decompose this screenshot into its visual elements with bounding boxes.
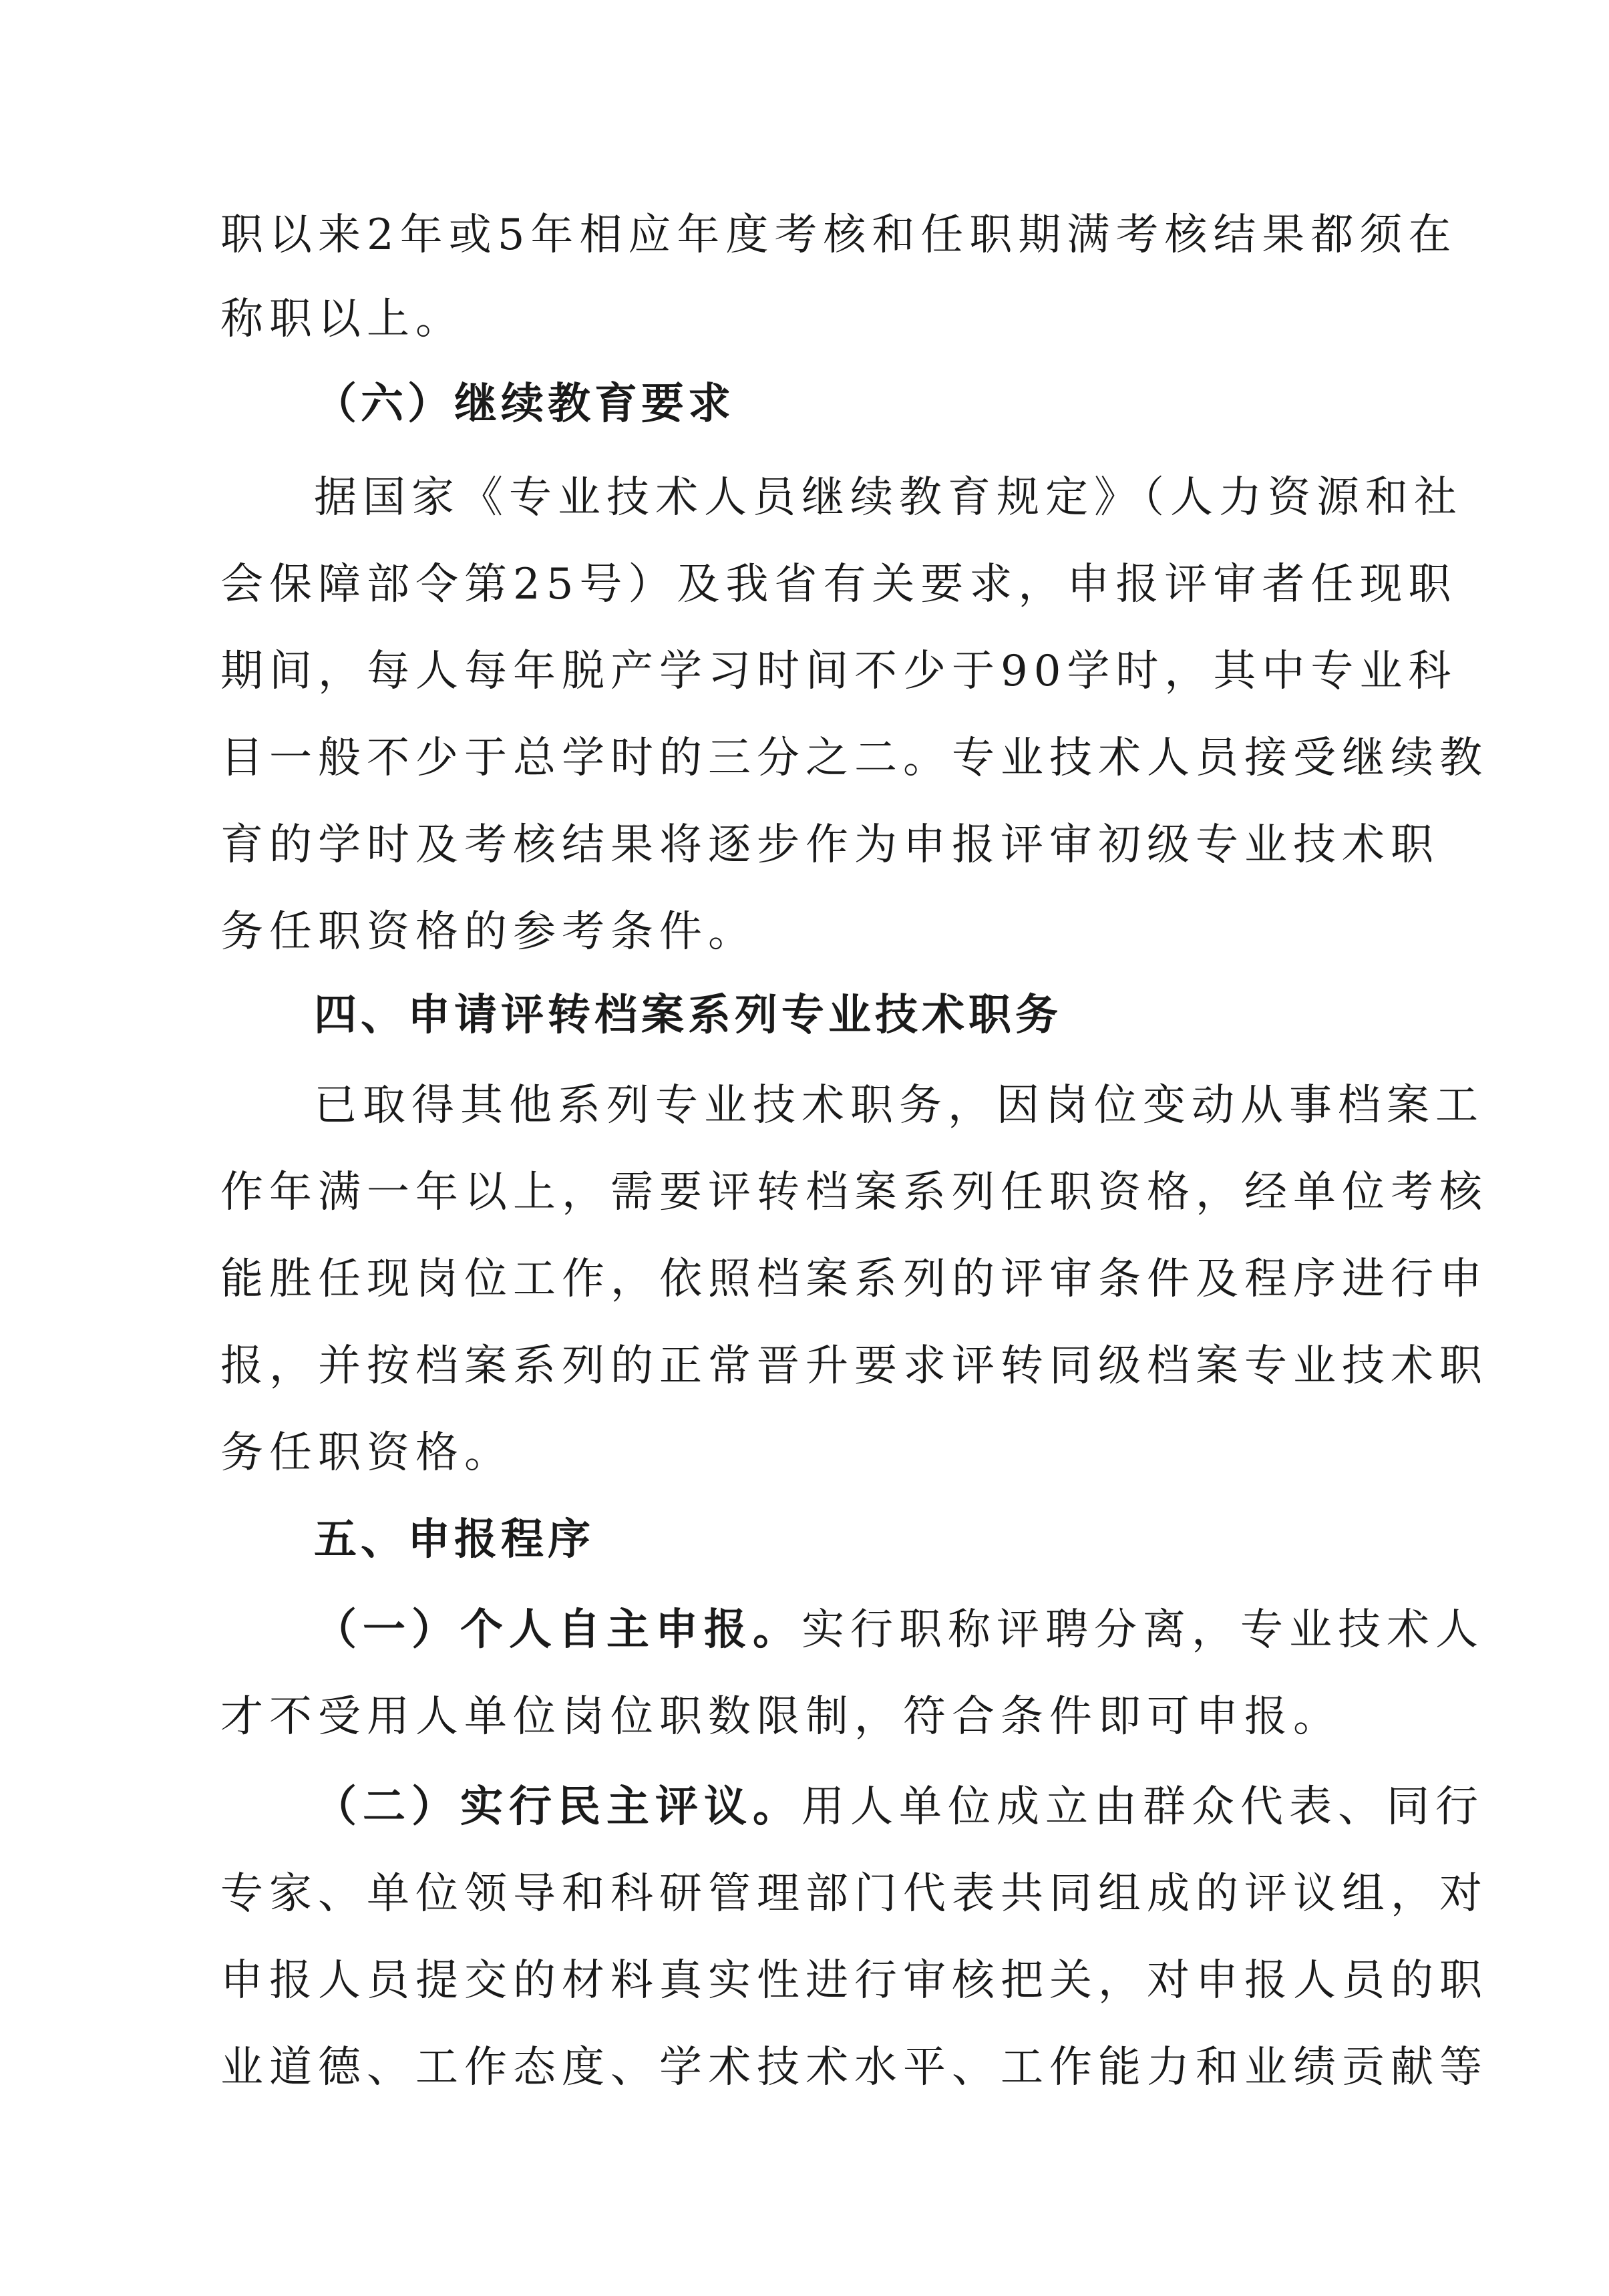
paragraph-line: 申报人员提交的材料真实性进行审核把关，对申报人员的职 (220, 1954, 1376, 2007)
document-page: 职以来2年或5年相应年度考核和任职期满考核结果都须在 称职以上。 （六）继续教育… (0, 0, 1609, 2296)
paragraph-line: （一）个人自主申报。实行职称评聘分离，专业技术人 (314, 1603, 1376, 1657)
paragraph-line: 作年满一年以上，需要评转档案系列任职资格，经单位考核 (220, 1166, 1376, 1219)
section-heading-5: 五、申报程序 (314, 1513, 1376, 1567)
item-heading-2: （二）实行民主评议。 (314, 1782, 801, 1832)
item-text: 实行职称评聘分离，专业技术人 (801, 1605, 1484, 1655)
paragraph-line: 称职以上。 (220, 293, 1376, 346)
paragraph-line: 业道德、工作态度、学术技术水平、工作能力和业绩贡献等 (220, 2041, 1376, 2094)
item-text: 用人单位成立由群众代表、同行 (801, 1782, 1484, 1832)
paragraph-line: 据国家《专业技术人员继续教育规定》（人力资源和社 (314, 471, 1376, 524)
paragraph-line: 目一般不少于总学时的三分之二。专业技术人员接受继续教 (220, 731, 1376, 785)
paragraph-line: 务任职资格的参考条件。 (220, 905, 1376, 959)
paragraph-line: 务任职资格。 (220, 1426, 1376, 1480)
section-heading-4: 四、申请评转档案系列专业技术职务 (314, 989, 1376, 1042)
paragraph-line: 报，并按档案系列的正常晋升要求评转同级档案专业技术职 (220, 1339, 1376, 1393)
paragraph-line: 能胜任现岗位工作，依照档案系列的评审条件及程序进行申 (220, 1253, 1376, 1306)
paragraph-line: 期间，每人每年脱产学习时间不少于90学时，其中专业科 (220, 645, 1376, 698)
paragraph-line: 会保障部令第25号）及我省有关要求，申报评审者任现职 (220, 558, 1376, 611)
item-heading-1: （一）个人自主申报。 (314, 1605, 801, 1655)
subheading-continuing-education: （六）继续教育要求 (314, 377, 1376, 431)
paragraph-line: 专家、单位领导和科研管理部门代表共同组成的评议组，对 (220, 1867, 1376, 1921)
paragraph-line: 育的学时及考核结果将逐步作为申报评审初级专业技术职 (220, 818, 1376, 872)
paragraph-line: （二）实行民主评议。用人单位成立由群众代表、同行 (314, 1780, 1376, 1834)
paragraph-line: 已取得其他系列专业技术职务，因岗位变动从事档案工 (314, 1079, 1376, 1132)
paragraph-line: 职以来2年或5年相应年度考核和任职期满考核结果都须在 (220, 208, 1376, 262)
paragraph-line: 才不受用人单位岗位职数限制，符合条件即可申报。 (220, 1690, 1376, 1744)
